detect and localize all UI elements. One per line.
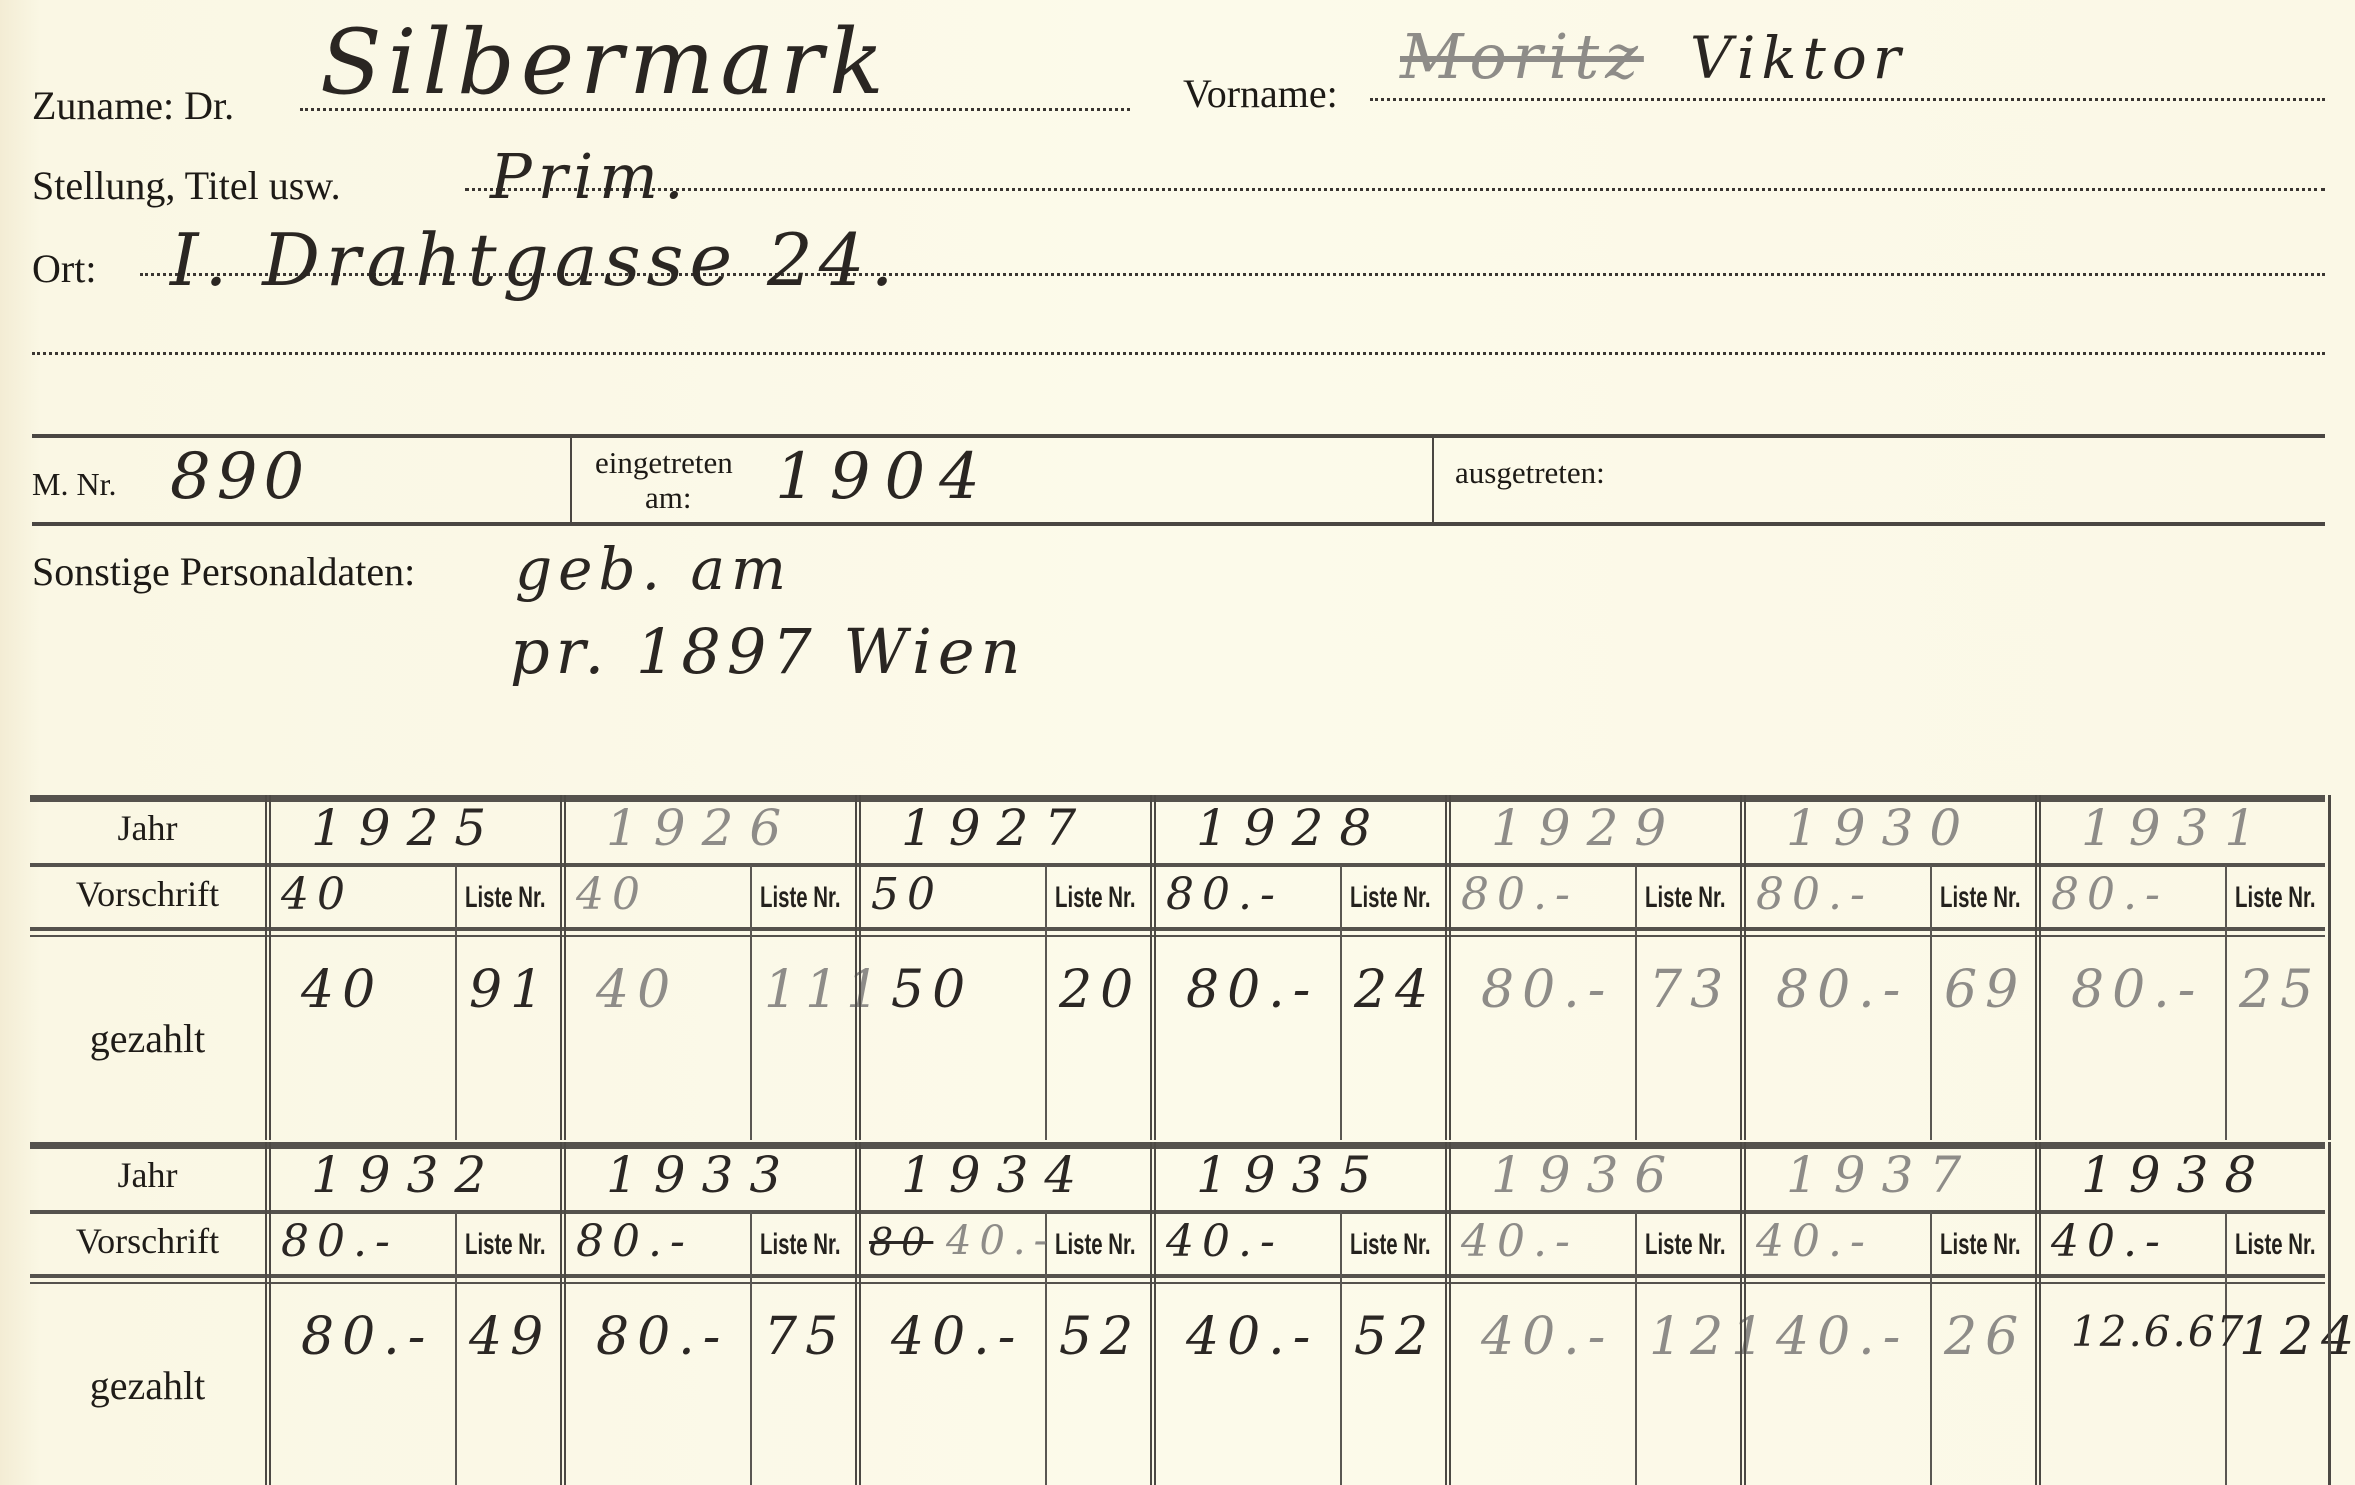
- personal-data-label: Sonstige Personaldaten:: [32, 548, 415, 595]
- list-no-value: 49: [469, 1307, 551, 1367]
- list-no-divider: [1340, 1212, 1342, 1485]
- table-required-rule: [30, 1282, 2325, 1284]
- required-value: 80.-: [576, 1216, 693, 1267]
- required-value: 40: [576, 869, 648, 920]
- paid-value: 40.-: [1776, 1307, 1908, 1367]
- list-no-value: 121: [1649, 1307, 1772, 1367]
- membership-divider: [570, 436, 572, 524]
- extra-dotted-line: [32, 352, 2325, 355]
- year-value: 1927: [901, 799, 1092, 857]
- list-no-value: 111: [764, 960, 887, 1020]
- required-value: 40: [281, 869, 353, 920]
- membership-bottom-rule: [32, 522, 2325, 526]
- list-no-divider: [1340, 865, 1342, 1140]
- year-value: 1934: [901, 1146, 1092, 1204]
- year-value: 1933: [606, 1146, 797, 1204]
- position-value: Prim.: [490, 140, 690, 213]
- list-no-label: Liste Nr.: [760, 1228, 840, 1262]
- year-value: 1935: [1196, 1146, 1387, 1204]
- list-no-value: 25: [2239, 960, 2321, 1020]
- required-value: 40.-: [1461, 1216, 1578, 1267]
- year-divider: [1150, 1142, 1156, 1485]
- firstname-value: Viktor: [1690, 24, 1907, 92]
- surname-value: Silbermark: [320, 10, 890, 115]
- list-no-divider: [1635, 1212, 1637, 1485]
- year-divider: [1150, 795, 1156, 1140]
- required-value: 80.-: [1166, 869, 1283, 920]
- list-no-value: 73: [1649, 960, 1731, 1020]
- member-no-label: M. Nr.: [32, 466, 116, 503]
- list-no-value: 26: [1944, 1307, 2026, 1367]
- surname-label: Zuname: Dr.: [32, 82, 234, 129]
- year-value: 1929: [1491, 799, 1682, 857]
- membership-top-rule: [32, 434, 2325, 438]
- firstname-struck-value: Moritz: [1400, 20, 1644, 93]
- list-no-value: 91: [469, 960, 551, 1020]
- year-value: 1937: [1786, 1146, 1977, 1204]
- row-label-required: Vorschrift: [30, 1220, 265, 1262]
- table-required-rule: [30, 935, 2325, 937]
- left-label: ausgetreten:: [1455, 455, 1605, 491]
- paid-value: 40: [301, 960, 383, 1020]
- row-label-required: Vorschrift: [30, 873, 265, 915]
- required-value: 80.-: [281, 1216, 398, 1267]
- list-no-divider: [1930, 1212, 1932, 1485]
- year-divider: [1445, 795, 1451, 1140]
- list-no-divider: [750, 865, 752, 1140]
- list-no-divider: [1930, 865, 1932, 1140]
- list-no-divider: [1635, 865, 1637, 1140]
- table-year-rule: [30, 863, 2325, 867]
- list-no-label: Liste Nr.: [1350, 881, 1430, 915]
- member-no-value: 890: [170, 440, 310, 514]
- list-no-value: 69: [1944, 960, 2026, 1020]
- table-right-border: [2328, 1142, 2331, 1485]
- required-value: 50: [871, 869, 943, 920]
- paid-value: 40: [596, 960, 678, 1020]
- personal-data-line-2: pr. 1897 Wien: [510, 615, 1027, 688]
- position-dotted-line: [465, 188, 2325, 191]
- joined-value: 1904: [775, 440, 994, 514]
- year-value: 1930: [1786, 799, 1977, 857]
- year-divider: [1445, 1142, 1451, 1485]
- list-no-divider: [1045, 865, 1047, 1140]
- year-value: 1925: [311, 799, 502, 857]
- list-no-value: 75: [764, 1307, 846, 1367]
- list-no-label: Liste Nr.: [465, 881, 545, 915]
- firstname-dotted-line: [1370, 98, 2325, 101]
- year-divider: [855, 795, 861, 1140]
- list-no-value: 52: [1354, 1307, 1436, 1367]
- row-label-paid: gezahlt: [30, 1015, 265, 1062]
- paid-value: 80.-: [1481, 960, 1613, 1020]
- year-divider: [2035, 1142, 2041, 1485]
- list-no-value: 24: [1354, 960, 1436, 1020]
- list-no-label: Liste Nr.: [465, 1228, 545, 1262]
- paid-value: 80.-: [596, 1307, 728, 1367]
- table-year-rule: [30, 1210, 2325, 1214]
- dues-table: JahrVorschriftgezahlt192540Liste Nr.4091…: [30, 795, 2325, 1140]
- list-no-label: Liste Nr.: [1940, 881, 2020, 915]
- row-label-year: Jahr: [30, 807, 265, 849]
- membership-card: Zuname: Dr. Silbermark Vorname: Moritz V…: [0, 0, 2355, 1485]
- joined-label-am: am:: [645, 480, 692, 516]
- list-no-label: Liste Nr.: [760, 881, 840, 915]
- required-struck-value: 80: [869, 1220, 933, 1264]
- year-divider: [560, 1142, 566, 1485]
- paid-value: 80.-: [301, 1307, 433, 1367]
- year-divider: [2035, 795, 2041, 1140]
- table-required-rule: [30, 1274, 2325, 1278]
- list-no-label: Liste Nr.: [1940, 1228, 2020, 1262]
- list-no-label: Liste Nr.: [1645, 1228, 1725, 1262]
- year-value: 1928: [1196, 799, 1387, 857]
- paid-value: 80.-: [1776, 960, 1908, 1020]
- dues-table: JahrVorschriftgezahlt193280.-Liste Nr.80…: [30, 1142, 2325, 1485]
- year-divider: [1740, 1142, 1746, 1485]
- required-value: 40.-: [1756, 1216, 1873, 1267]
- year-divider: [855, 1142, 861, 1485]
- table-right-border: [2328, 795, 2331, 1140]
- paid-value: 40.-: [1186, 1307, 1318, 1367]
- list-no-divider: [2225, 865, 2227, 1140]
- membership-divider: [1432, 436, 1434, 524]
- list-no-label: Liste Nr.: [1055, 881, 1135, 915]
- list-no-label: Liste Nr.: [1350, 1228, 1430, 1262]
- year-divider: [560, 795, 566, 1140]
- list-no-divider: [455, 865, 457, 1140]
- year-value: 1938: [2081, 1146, 2272, 1204]
- paid-value: 80.-: [2071, 960, 2203, 1020]
- place-label: Ort:: [32, 245, 96, 292]
- list-no-divider: [750, 1212, 752, 1485]
- personal-data-line-1: geb. am: [515, 535, 792, 603]
- year-value: 1932: [311, 1146, 502, 1204]
- place-value: I. Drahtgasse 24.: [170, 218, 900, 302]
- required-value: 80.-: [2051, 869, 2168, 920]
- paid-value: 40.-: [891, 1307, 1023, 1367]
- year-value: 1926: [606, 799, 797, 857]
- year-divider: [1740, 795, 1746, 1140]
- list-no-value: 20: [1059, 960, 1141, 1020]
- row-label-paid: gezahlt: [30, 1362, 265, 1409]
- required-value: 40.-: [946, 1218, 1055, 1264]
- table-required-rule: [30, 927, 2325, 931]
- position-label: Stellung, Titel usw.: [32, 162, 341, 209]
- required-value: 40.-: [2051, 1216, 2168, 1267]
- row-label-year: Jahr: [30, 1154, 265, 1196]
- list-no-value: 52: [1059, 1307, 1141, 1367]
- year-value: 1936: [1491, 1146, 1682, 1204]
- column-divider: [265, 1142, 271, 1485]
- joined-label: eingetreten: [595, 445, 733, 481]
- list-no-label: Liste Nr.: [1055, 1228, 1135, 1262]
- list-no-divider: [455, 1212, 457, 1485]
- year-value: 1931: [2081, 799, 2272, 857]
- list-no-label: Liste Nr.: [2235, 1228, 2315, 1262]
- paid-value: 50: [891, 960, 973, 1020]
- paid-value: 12.6.67: [2071, 1307, 2245, 1356]
- required-value: 80.-: [1756, 869, 1873, 920]
- list-no-label: Liste Nr.: [1645, 881, 1725, 915]
- firstname-label: Vorname:: [1183, 70, 1338, 117]
- required-value: 80.-: [1461, 869, 1578, 920]
- list-no-label: Liste Nr.: [2235, 881, 2315, 915]
- paid-value: 40.-: [1481, 1307, 1613, 1367]
- column-divider: [265, 795, 271, 1140]
- required-value: 40.-: [1166, 1216, 1283, 1267]
- paid-value: 80.-: [1186, 960, 1318, 1020]
- list-no-value: 124: [2239, 1307, 2355, 1367]
